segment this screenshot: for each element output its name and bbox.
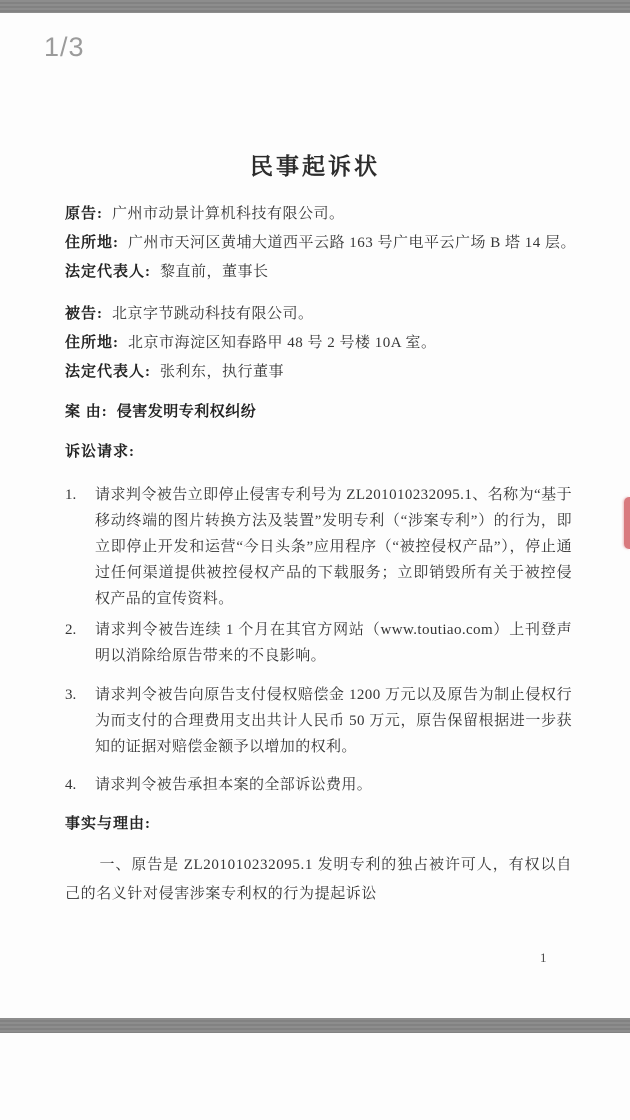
defendant-name-row: 被告:北京字节跳动科技有限公司。 [65,300,572,329]
document-viewer: 1/3 民事起诉状 原告:广州市动景计算机科技有限公司。 住所地:广州市天河区黄… [0,0,630,1120]
cause-label: 案 由: [65,404,108,420]
claim-1-text: 请求判令被告立即停止侵害专利号为 ZL201010232095.1、名称为“基于… [95,482,572,612]
claim-3-text: 请求判令被告向原告支付侵权赔偿金 1200 万元以及原告为制止侵权行为而支付的合… [95,682,572,760]
plaintiff-representative-row: 法定代表人:黎直前，董事长 [65,258,572,287]
cause-of-action-row: 案 由:侵害发明专利权纠纷 [65,400,572,421]
plaintiff-representative-label: 法定代表人: [65,264,151,280]
claims-heading: 诉讼请求: [65,444,135,460]
claim-3-number: 3. [65,682,95,760]
defendant-representative: 张利东，执行董事 [160,364,284,380]
defendant-address-row: 住所地:北京市海淀区知春路甲 48 号 2 号楼 10A 室。 [65,329,572,358]
plaintiff-role-label: 原告: [65,206,103,222]
document-page-number: 1 [540,950,547,966]
claim-4-number: 4. [65,772,95,798]
facts-heading: 事实与理由: [65,816,151,832]
facts-paragraph: 一、原告是 ZL201010232095.1 发明专利的独占被许可人，有权以自己… [65,851,572,909]
plaintiff-address-label: 住所地: [65,235,119,251]
plaintiff-address-row: 住所地:广州市天河区黄埔大道西平云路 163 号广电平云广场 B 塔 14 层。 [65,229,572,258]
defendant-representative-label: 法定代表人: [65,364,151,380]
defendant-section: 被告:北京字节跳动科技有限公司。 住所地:北京市海淀区知春路甲 48 号 2 号… [65,300,572,387]
defendant-name: 北京字节跳动科技有限公司。 [112,306,314,322]
document-title: 民事起诉状 [0,148,630,181]
plaintiff-name: 广州市动景计算机科技有限公司。 [112,206,345,222]
red-seal-partial-mark [624,497,630,549]
plaintiff-section: 原告:广州市动景计算机科技有限公司。 住所地:广州市天河区黄埔大道西平云路 16… [65,200,572,287]
defendant-address: 北京市海淀区知春路甲 48 号 2 号楼 10A 室。 [128,335,437,351]
defendant-address-label: 住所地: [65,335,119,351]
defendant-role-label: 被告: [65,306,103,322]
plaintiff-name-row: 原告:广州市动景计算机科技有限公司。 [65,200,572,229]
bottom-separator-bar [0,1018,630,1033]
top-separator-bar [0,0,630,13]
claim-2-number: 2. [65,617,95,669]
claim-4-text: 请求判令被告承担本案的全部诉讼费用。 [95,772,572,798]
plaintiff-address: 广州市天河区黄埔大道西平云路 163 号广电平云广场 B 塔 14 层。 [128,235,576,251]
claim-item-4: 4. 请求判令被告承担本案的全部诉讼费用。 [65,772,572,798]
page-indicator: 1/3 [44,32,85,63]
claim-item-2: 2. 请求判令被告连续 1 个月在其官方网站（www.toutiao.com）上… [65,617,572,669]
facts-section-heading-row: 事实与理由: [65,812,572,833]
defendant-representative-row: 法定代表人:张利东，执行董事 [65,358,572,387]
claim-2-text: 请求判令被告连续 1 个月在其官方网站（www.toutiao.com）上刊登声… [95,617,572,669]
claim-item-3: 3. 请求判令被告向原告支付侵权赔偿金 1200 万元以及原告为制止侵权行为而支… [65,682,572,760]
cause-value: 侵害发明专利权纠纷 [117,404,257,420]
claim-1-number: 1. [65,482,95,612]
plaintiff-representative: 黎直前，董事长 [160,264,269,280]
claim-item-1: 1. 请求判令被告立即停止侵害专利号为 ZL201010232095.1、名称为… [65,482,572,612]
claims-section-heading-row: 诉讼请求: [65,440,572,461]
